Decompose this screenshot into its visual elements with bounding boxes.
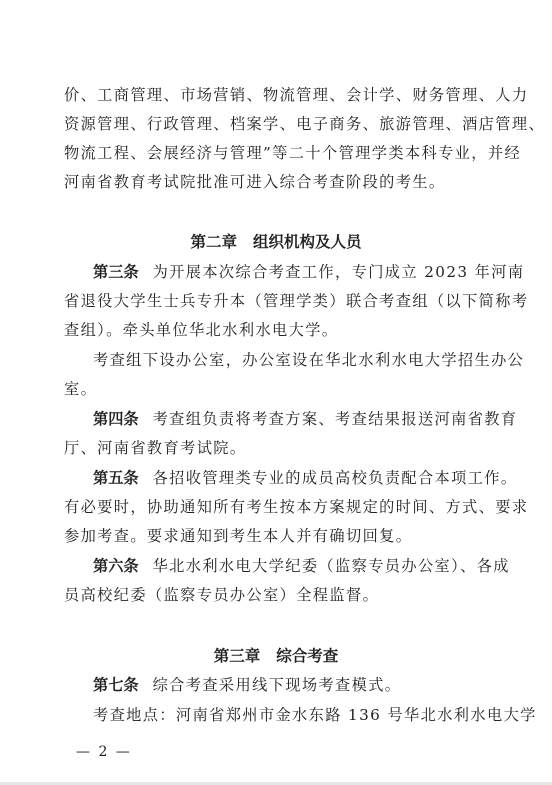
page-number: — 2 — — [76, 744, 132, 760]
article-line: 第七条综合考查采用线下现场考查模式。 — [93, 675, 460, 695]
article-line: 第四条考查组负责将考查方案、考查结果报送河南省教育 — [93, 409, 460, 429]
article-text: 综合考查采用线下现场考查模式。 — [153, 676, 402, 694]
chapter-number: 第二章 — [190, 233, 237, 251]
article-line: 第三条为开展本次综合考查工作，专门成立 2023 年河南 — [93, 262, 460, 282]
article-text: 为开展本次综合考查工作，专门成立 2023 年河南 — [153, 263, 525, 281]
chapter-heading: 第二章组织机构及人员 — [0, 232, 552, 252]
article-text: 各招收管理类专业的成员高校负责配合本项工作。 — [153, 469, 518, 487]
article-label: 第六条 — [93, 557, 139, 575]
chapter-number: 第三章 — [214, 647, 261, 665]
article-text: 华北水利水电大学纪委（监察专员办公室）、各成 — [153, 557, 510, 575]
paragraph-line: 河南省教育考试院批准可进入综合考查阶段的考生。 — [64, 172, 460, 192]
paragraph-line: 室。 — [64, 379, 460, 399]
article-label: 第七条 — [93, 676, 139, 694]
paragraph-line: 参加考查。要求通知到考生本人并有确切回复。 — [64, 526, 460, 546]
paragraph-line: 查组）。牵头单位华北水利水电大学。 — [64, 320, 460, 340]
paragraph-line: 价、工商管理、市场营销、物流管理、会计学、财务管理、人力 — [64, 85, 460, 105]
chapter-heading: 第三章综合考查 — [0, 646, 552, 666]
article-label: 第三条 — [93, 263, 139, 281]
article-line: 第五条各招收管理类专业的成员高校负责配合本项工作。 — [93, 468, 460, 488]
paragraph-line: 考查组下设办公室，办公室设在华北水利水电大学招生办公 — [93, 350, 460, 370]
paragraph-line: 资源管理、行政管理、档案学、电子商务、旅游管理、酒店管理、 — [64, 114, 460, 134]
article-text: 考查组负责将考查方案、考查结果报送河南省教育 — [153, 410, 518, 428]
chapter-title: 综合考查 — [276, 647, 338, 665]
chapter-title: 组织机构及人员 — [253, 233, 362, 251]
paragraph-line: 省退役大学生士兵专升本（管理学类）联合考查组（以下简称考 — [64, 291, 460, 311]
article-label: 第四条 — [93, 410, 139, 428]
paragraph-line: 员高校纪委（监察专员办公室）全程监督。 — [64, 585, 460, 605]
article-line: 第六条华北水利水电大学纪委（监察专员办公室）、各成 — [93, 556, 460, 576]
article-label: 第五条 — [93, 469, 139, 487]
paragraph-line: 有必要时，协助通知所有考生按本方案规定的时间、方式、要求 — [64, 497, 460, 517]
paragraph-line: 物流工程、会展经济与管理”等二十个管理学类本科专业，并经 — [64, 143, 460, 163]
paragraph-line: 考查地点：河南省郑州市金水东路 136 号华北水利水电大学 — [93, 705, 460, 725]
paragraph-line: 厅、河南省教育考试院。 — [64, 438, 460, 458]
